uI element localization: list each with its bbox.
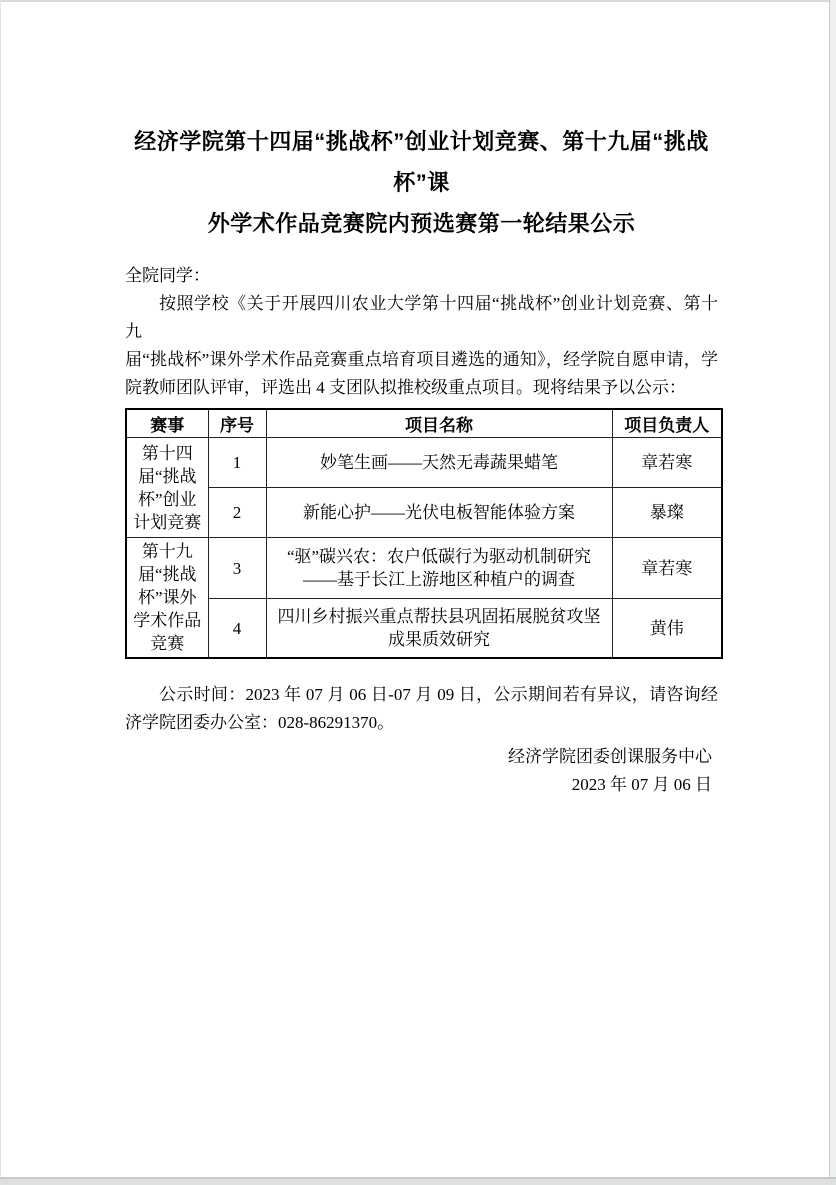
header-project-leader: 项目负责人: [612, 409, 722, 438]
project-cell: “驱”碳兴农：农户低碳行为驱动机制研究——基于长江上游地区种植户的调查: [266, 538, 612, 599]
document-page: 经济学院第十四届“挑战杯”创业计划竞赛、第十九届“挑战杯”课 外学术作品竞赛院内…: [0, 0, 836, 799]
number-cell: 3: [208, 538, 266, 599]
notice-line-2: 济学院团委办公室：028-86291370。: [125, 709, 718, 737]
number-cell: 2: [208, 488, 266, 538]
number-cell: 4: [208, 599, 266, 658]
body-paragraph: 全院同学： 按照学校《关于开展四川农业大学第十四届“挑战杯”创业计划竞赛、第十九…: [125, 262, 718, 402]
page-edge-right: [829, 0, 836, 1185]
table-row: 第十九届“挑战杯”课外学术作品竞赛 3 “驱”碳兴农：农户低碳行为驱动机制研究—…: [126, 538, 722, 599]
leader-cell: 黄伟: [612, 599, 722, 658]
table-row: 2 新能心护——光伏电板智能体验方案 暴璨: [126, 488, 722, 538]
paragraph-line-3: 院教师团队评审，评选出 4 支团队拟推校级重点项目。现将结果予以公示：: [125, 374, 718, 402]
header-number: 序号: [208, 409, 266, 438]
document-title: 经济学院第十四届“挑战杯”创业计划竞赛、第十九届“挑战杯”课 外学术作品竞赛院内…: [125, 0, 718, 244]
leader-cell: 章若寒: [612, 538, 722, 599]
page-edge-left: [0, 0, 1, 1185]
header-project-name: 项目名称: [266, 409, 612, 438]
salutation: 全院同学：: [125, 262, 718, 290]
paragraph-line-2: 届“挑战杯”课外学术作品竞赛重点培育项目遴选的通知》，经学院自愿申请，学: [125, 346, 718, 374]
event-cell-business-plan: 第十四届“挑战杯”创业计划竞赛: [126, 438, 208, 538]
paragraph-line-1: 按照学校《关于开展四川农业大学第十四届“挑战杯”创业计划竞赛、第十九: [125, 290, 718, 346]
signature-org: 经济学院团委创课服务中心: [125, 743, 712, 771]
results-table: 赛事 序号 项目名称 项目负责人 第十四届“挑战杯”创业计划竞赛 1 妙笔生画—…: [125, 408, 723, 659]
page-edge-top: [0, 0, 836, 2]
event-cell-academic-works: 第十九届“挑战杯”课外学术作品竞赛: [126, 538, 208, 659]
title-line-2: 外学术作品竞赛院内预选赛第一轮结果公示: [125, 203, 718, 244]
page-edge-bottom: [0, 1177, 836, 1185]
header-event: 赛事: [126, 409, 208, 438]
signature-date: 2023 年 07 月 06 日: [125, 771, 712, 799]
title-line-1: 经济学院第十四届“挑战杯”创业计划竞赛、第十九届“挑战杯”课: [125, 121, 718, 203]
table-row: 第十四届“挑战杯”创业计划竞赛 1 妙笔生画——天然无毒蔬果蜡笔 章若寒: [126, 438, 722, 488]
publicity-notice: 公示时间：2023 年 07 月 06 日-07 月 09 日，公示期间若有异议…: [125, 681, 718, 737]
signature-block: 经济学院团委创课服务中心 2023 年 07 月 06 日: [125, 743, 718, 799]
leader-cell: 暴璨: [612, 488, 722, 538]
project-cell: 四川乡村振兴重点帮扶县巩固拓展脱贫攻坚成果质效研究: [266, 599, 612, 658]
project-cell: 新能心护——光伏电板智能体验方案: [266, 488, 612, 538]
number-cell: 1: [208, 438, 266, 488]
leader-cell: 章若寒: [612, 438, 722, 488]
table-row: 4 四川乡村振兴重点帮扶县巩固拓展脱贫攻坚成果质效研究 黄伟: [126, 599, 722, 658]
project-cell: 妙笔生画——天然无毒蔬果蜡笔: [266, 438, 612, 488]
table-header-row: 赛事 序号 项目名称 项目负责人: [126, 409, 722, 438]
notice-line-1: 公示时间：2023 年 07 月 06 日-07 月 09 日，公示期间若有异议…: [125, 681, 718, 709]
